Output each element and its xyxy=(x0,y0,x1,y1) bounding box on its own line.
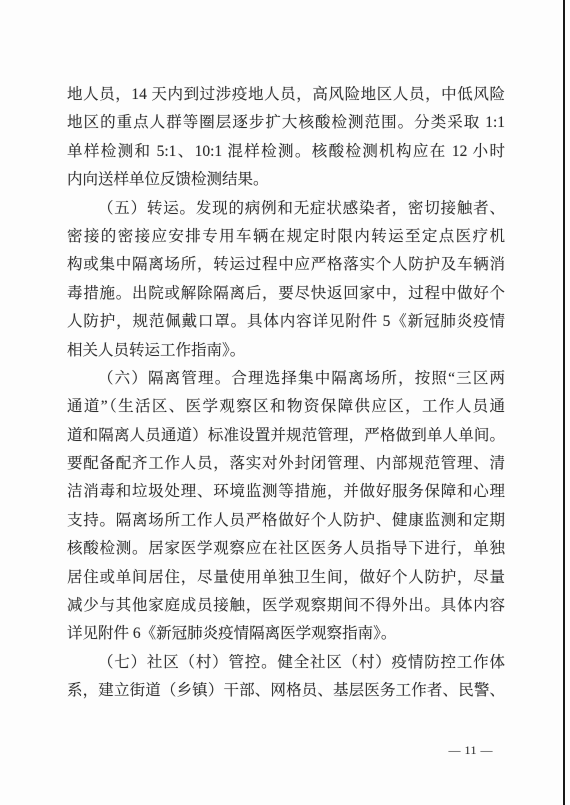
document-page: 地人员，14 天内到过涉疫地人员，高风险地区人员，中低风险 地区的重点人群等圈层… xyxy=(0,0,570,805)
text-line: 要配备配齐工作人员，落实对外封闭管理、内部规范管理、清 xyxy=(67,450,505,478)
text-line: 地区的重点人群等圈层逐步扩大核酸检测范围。分类采取 1:1 xyxy=(67,109,505,137)
text-line: 密接的密接应安排专用车辆在规定时限内转运至定点医疗机 xyxy=(67,223,505,251)
paragraph-continuation: 地人员，14 天内到过涉疫地人员，高风险地区人员，中低风险 地区的重点人群等圈层… xyxy=(67,81,505,195)
page-edge-line xyxy=(563,0,565,805)
paragraph-5-transfer: （五）转运。发现的病例和无症状感染者，密切接触者、 密接的密接应安排专用车辆在规… xyxy=(67,195,505,365)
page-number: — 11 — xyxy=(448,743,493,758)
text-line: 通道”（生活区、医学观察区和物资保障供应区，工作人员通 xyxy=(67,393,505,421)
text-line: （六）隔离管理。合理选择集中隔离场所，按照“三区两 xyxy=(67,365,505,393)
paragraph-6-isolation: （六）隔离管理。合理选择集中隔离场所，按照“三区两 通道”（生活区、医学观察区和… xyxy=(67,365,505,649)
text-line: 相关人员转运工作指南》。 xyxy=(67,337,505,365)
text-line: 地人员，14 天内到过涉疫地人员，高风险地区人员，中低风险 xyxy=(67,81,505,109)
text-line: 核酸检测。居家医学观察应在社区医务人员指导下进行，单独 xyxy=(67,535,505,563)
text-line: 单样检测和 5:1、10:1 混样检测。核酸检测机构应在 12 小时 xyxy=(67,138,505,166)
text-line: （五）转运。发现的病例和无症状感染者，密切接触者、 xyxy=(67,195,505,223)
text-line: 居住或单间居住，尽量使用单独卫生间，做好个人防护，尽量 xyxy=(67,564,505,592)
paragraph-7-community: （七）社区（村）管控。健全社区（村）疫情防控工作体 系，建立街道（乡镇）干部、网… xyxy=(67,649,505,706)
text-line: 构或集中隔离场所，转运过程中应严格落实个人防护及车辆消 xyxy=(67,251,505,279)
text-line: （七）社区（村）管控。健全社区（村）疫情防控工作体 xyxy=(67,649,505,677)
text-line: 洁消毒和垃圾处理、环境监测等措施，并做好服务保障和心理 xyxy=(67,478,505,506)
text-line: 支持。隔离场所工作人员严格做好个人防护、健康监测和定期 xyxy=(67,507,505,535)
document-body: 地人员，14 天内到过涉疫地人员，高风险地区人员，中低风险 地区的重点人群等圈层… xyxy=(67,81,505,706)
text-line: 道和隔离人员通道）标准设置并规范管理，严格做到单人单间。 xyxy=(67,422,505,450)
text-line: 系，建立街道（乡镇）干部、网格员、基层医务工作者、民警、 xyxy=(67,677,505,705)
text-line: 人防护，规范佩戴口罩。具体内容详见附件 5《新冠肺炎疫情 xyxy=(67,308,505,336)
text-line: 减少与其他家庭成员接触，医学观察期间不得外出。具体内容 xyxy=(67,592,505,620)
text-line: 详见附件 6《新冠肺炎疫情隔离医学观察指南》。 xyxy=(67,620,505,648)
text-line: 内向送样单位反馈检测结果。 xyxy=(67,166,505,194)
text-line: 毒措施。出院或解除隔离后，要尽快返回家中，过程中做好个 xyxy=(67,280,505,308)
